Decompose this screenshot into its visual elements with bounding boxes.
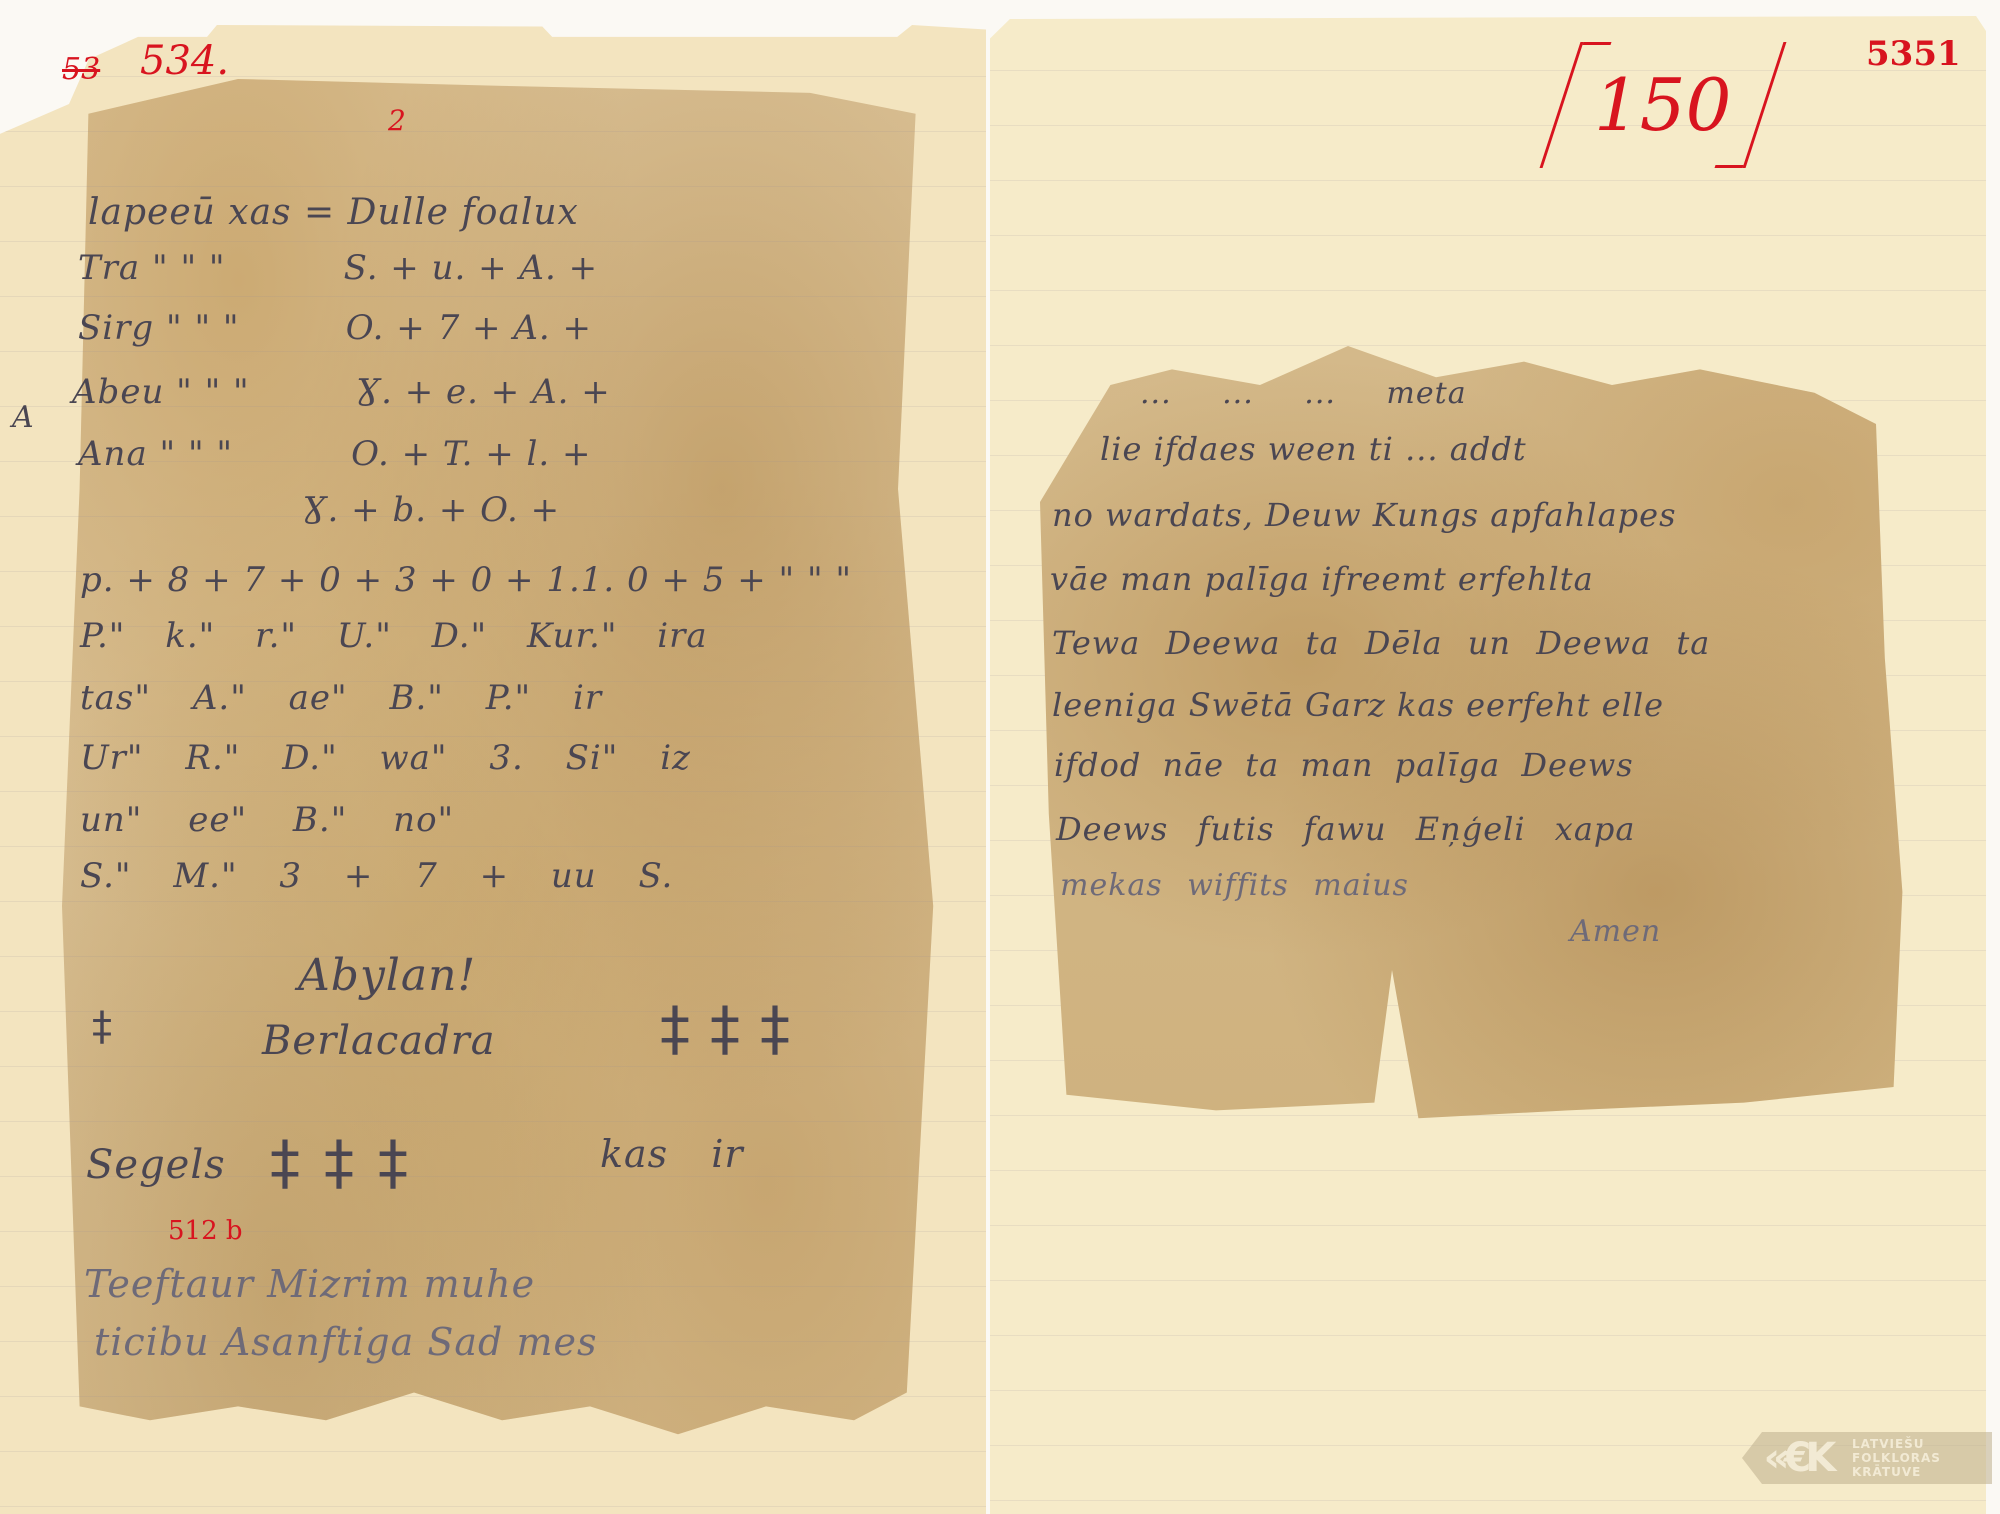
- stamp-number: 150: [1594, 63, 1731, 147]
- archive-stamp-box: 150: [1540, 42, 1787, 168]
- text-line: ticibu Asanftiga Sad mes: [94, 1320, 597, 1364]
- text-line: un" ee" B." no": [80, 800, 454, 840]
- signature-amen: Amen: [1570, 914, 1661, 949]
- cross-symbol-icon: ‡: [92, 1004, 116, 1050]
- red-annotation: 512 b: [168, 1216, 243, 1246]
- text-line: ... ... ... meta: [1140, 376, 1467, 411]
- text-line: Ur" R." D." wa" 3. Si" iz: [80, 738, 691, 778]
- seal-crosses-icon: ‡‡‡: [270, 1128, 490, 1198]
- logo-line: LATVIEŠU: [1852, 1437, 1941, 1451]
- margin-letter: A: [12, 400, 35, 435]
- seal-label: Segels: [86, 1142, 226, 1188]
- logo-text: LATVIEŠU FOLKLORAS KRĀTUVE: [1852, 1437, 1941, 1479]
- logo-line: KRĀTUVE: [1852, 1465, 1941, 1479]
- text-line: mekas wiffits maius: [1060, 868, 1409, 903]
- cross-symbols-icon: ‡‡‡: [660, 994, 860, 1064]
- text-line: p. + 8 + 7 + 0 + 3 + 0 + 1.1. 0 + 5 + " …: [80, 560, 852, 600]
- text-line: lapeeū xas = Dulle foalux: [88, 192, 579, 233]
- seal-suffix: kas ir: [600, 1132, 744, 1176]
- text-line: Teeftaur Mizrim muhe: [84, 1262, 535, 1306]
- text-line: P." k." r." U." D." Kur." ira: [80, 616, 708, 656]
- struck-archive-number: 53: [62, 52, 100, 87]
- text-line: ifdod nāe ta man palīga Deews: [1054, 746, 1634, 784]
- archive-number: 534.: [140, 38, 229, 84]
- lfk-logo-icon: «€K: [1742, 1432, 1852, 1484]
- text-line: vāe man palīga ifreemt erfehlta: [1050, 560, 1594, 598]
- text-line: no wardats, Deuw Kungs apfahlapes: [1052, 496, 1677, 534]
- corner-mark: 2: [388, 104, 406, 137]
- text-line: Tra " " " S. + u. + A. +: [78, 248, 598, 288]
- text-line: tas" A." ae" B." P." ir: [80, 678, 602, 718]
- corner-number: 5351: [1866, 34, 1961, 74]
- text-line: S." M." 3 + 7 + uu S.: [80, 856, 673, 896]
- archive-watermark-logo: «€K LATVIEŠU FOLKLORAS KRĀTUVE: [1742, 1432, 1992, 1484]
- logo-line: FOLKLORAS: [1852, 1451, 1941, 1465]
- text-line: Sirg " " " O. + 7 + A. +: [78, 308, 592, 348]
- text-line: leeniga Swētā Garz kas eerfeht elle: [1052, 686, 1664, 724]
- text-line: Deews futis fawu Eņģeli xapa: [1056, 810, 1635, 848]
- text-line: Abeu " " " Ɣ. + e. + A. +: [72, 372, 611, 412]
- text-line: Ana " " " O. + T. + l. +: [78, 434, 592, 474]
- text-line: lie ifdaes ween ti ... addt: [1100, 430, 1527, 468]
- text-line: Ɣ. + b. + O. +: [78, 490, 560, 530]
- word-with-crosses: Berlacadra: [262, 1018, 496, 1064]
- heading-text: Abylan!: [298, 950, 476, 1001]
- text-line: Tewa Deewa ta Dēla un Deewa ta: [1052, 624, 1710, 662]
